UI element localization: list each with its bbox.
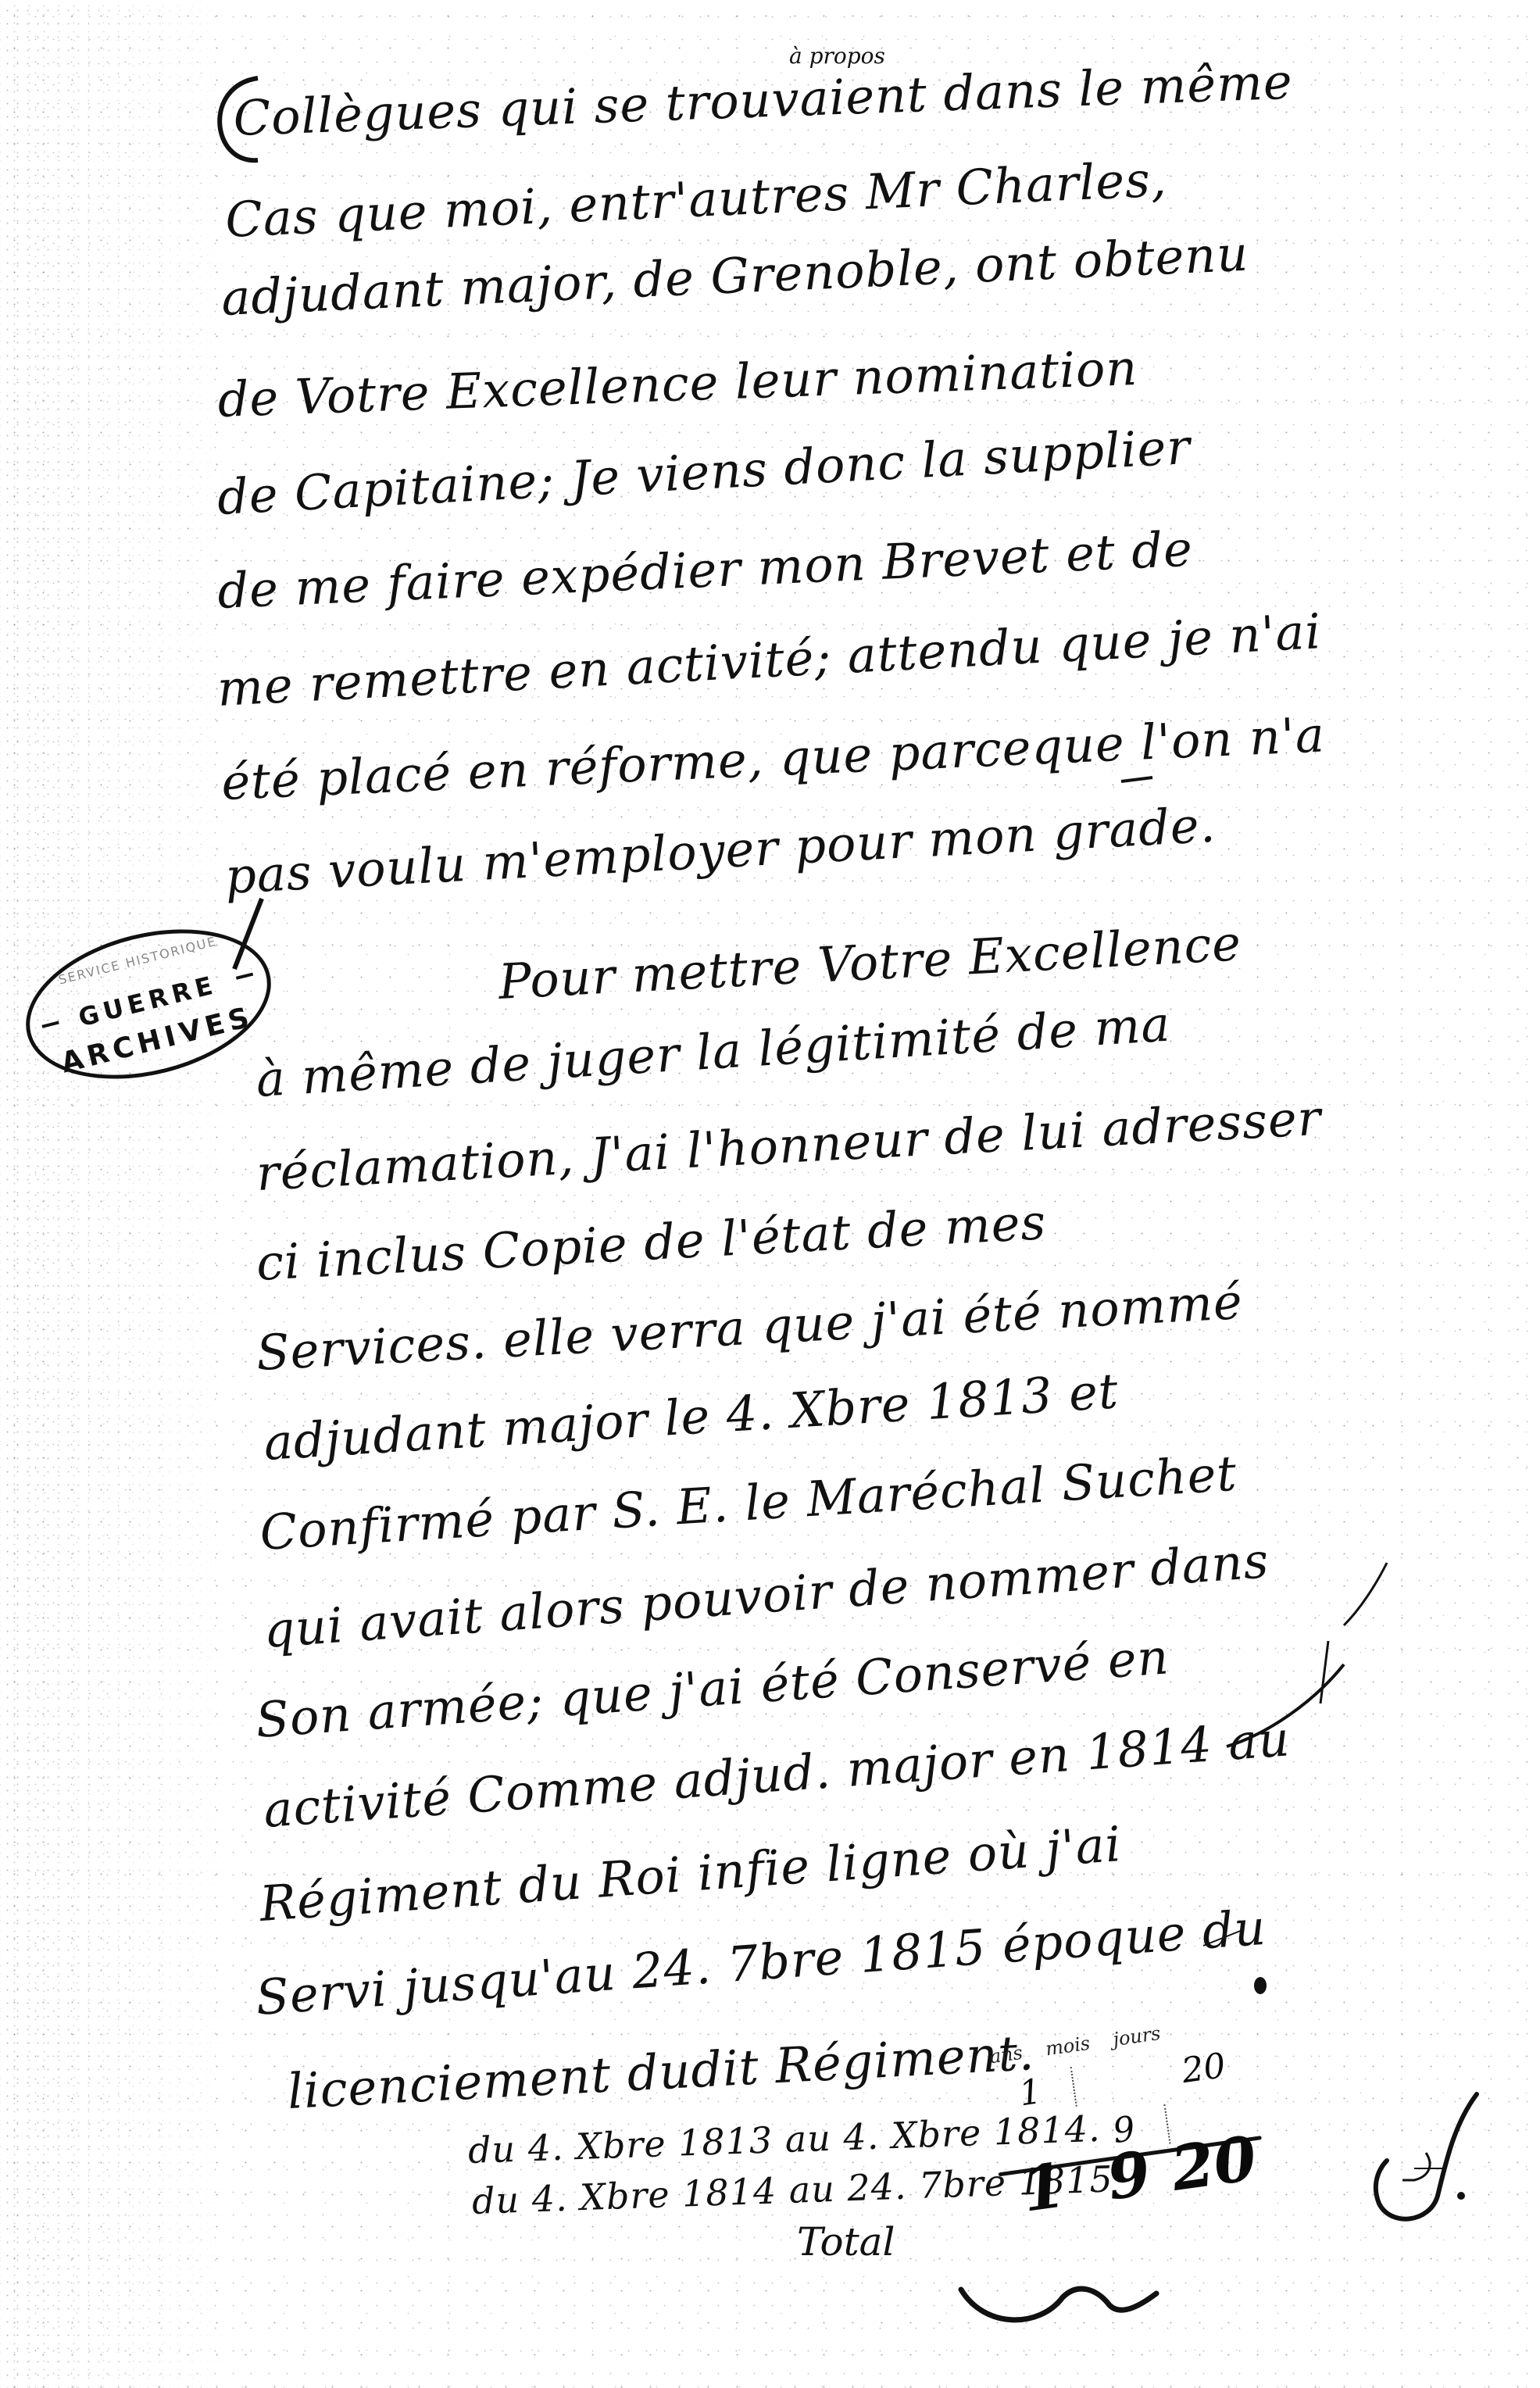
service-duration-table: ans mois jours 1 20 9 1 9 20 — [981, 2011, 1269, 2229]
total-label: Total — [797, 2219, 895, 2265]
paper-edge-noise — [0, 0, 250, 2388]
ink-dot — [1254, 1977, 1267, 1994]
header-years: ans — [988, 2042, 1024, 2068]
total-months: 9 — [1081, 2135, 1177, 2217]
interlinear-insertion: à propos — [789, 43, 885, 69]
total-years: 1 — [996, 2147, 1092, 2229]
paraph-initial — [1360, 2079, 1516, 2235]
flourish-ornament — [953, 2274, 1172, 2336]
total-days: 20 — [1167, 2123, 1262, 2205]
